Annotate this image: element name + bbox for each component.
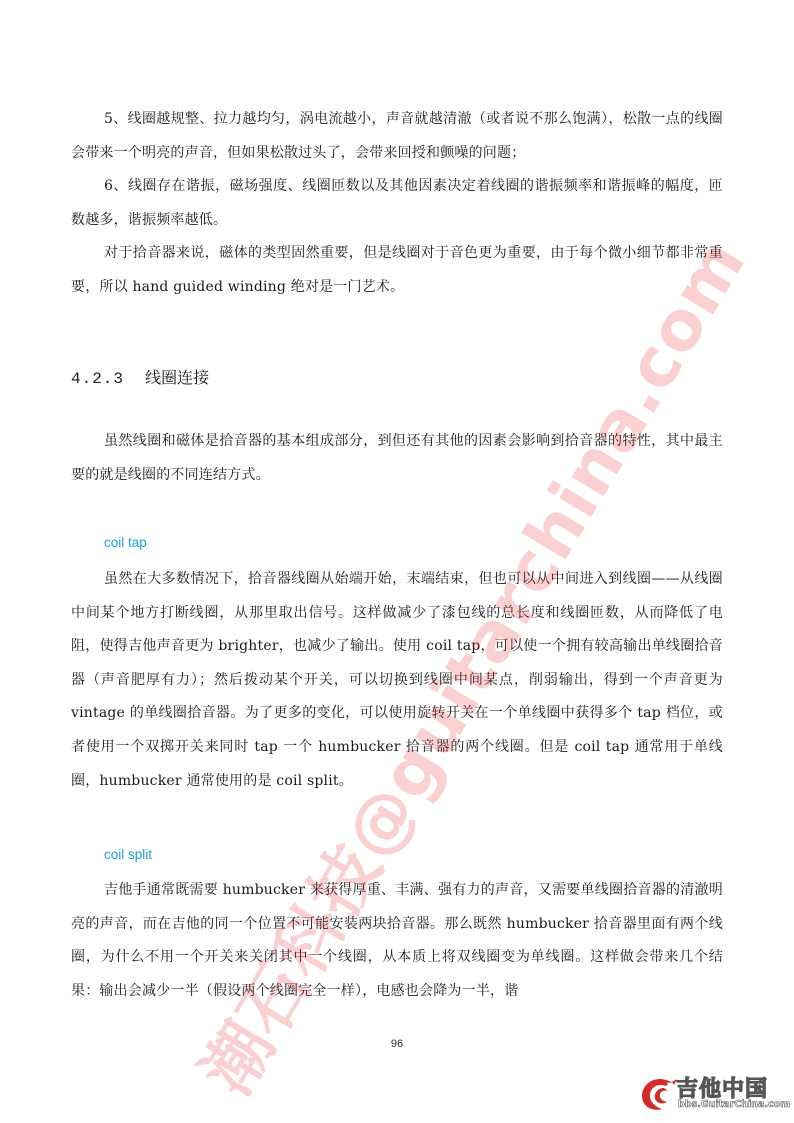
paragraph-conclusion: 对于拾音器来说，磁体的类型固然重要，但是线圈对于音色更为重要，由于每个微小细节都… — [71, 237, 723, 304]
page-number: 96 — [0, 1038, 794, 1050]
dragon-icon — [636, 1074, 678, 1114]
section-heading: 4.2.3 线圈连接 — [71, 366, 209, 391]
site-logo: 吉他中国 bbs.GuitarChina.com — [636, 1072, 786, 1116]
section-intro: 虽然线圈和磁体是拾音器的基本组成部分，到但还有其他的因素会影响到拾音器的特性，其… — [71, 425, 723, 492]
paragraph-item-5: 5、线圈越规整、拉力越均匀，涡电流越小，声音就越清澈（或者说不那么饱满），松散一… — [71, 103, 723, 170]
logo-url: bbs.GuitarChina.com — [678, 1099, 790, 1110]
coil-split-paragraph: 吉他手通常既需要 humbucker 来获得厚重、丰满、强有力的声音，又需要单线… — [71, 874, 723, 1008]
document-page: 5、线圈越规整、拉力越均匀，涡电流越小，声音就越清澈（或者说不那么饱满），松散一… — [0, 0, 794, 1123]
section-title: 线圈连接 — [145, 368, 209, 387]
paragraph-item-6: 6、线圈存在谐振，磁场强度、线圈匝数以及其他因素决定着线圈的谐振频率和谐振峰的幅… — [71, 170, 723, 237]
section-number: 4.2.3 — [71, 370, 124, 388]
subheading-coil-tap: coil tap — [104, 535, 147, 550]
coil-tap-paragraph: 虽然在大多数情况下，拾音器线圈从始端开始，末端结束，但也可以从中间进入到线圈——… — [71, 563, 723, 798]
subheading-coil-split: coil split — [104, 847, 152, 862]
